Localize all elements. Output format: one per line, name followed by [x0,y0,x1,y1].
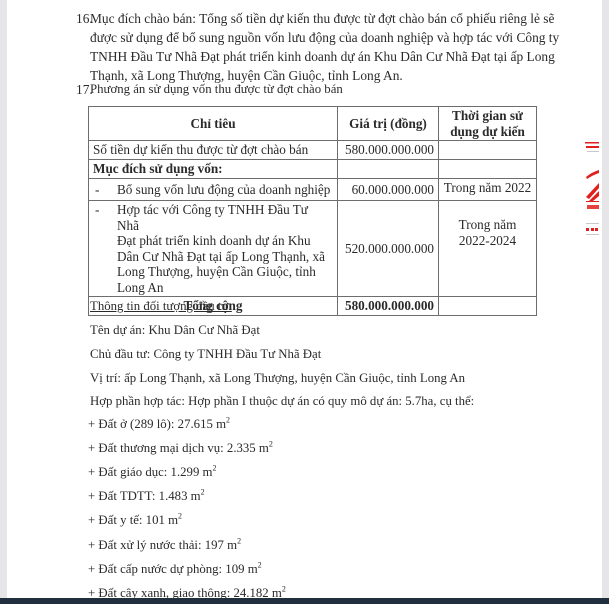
row-expected-label: Số tiền dự kiến thu được từ đợt chào bán [89,141,338,160]
land-item: + Đất giáo dục: 1.299 m2 [88,463,217,482]
row-purpose-label: Mục đích sử dụng vốn: [89,160,338,179]
land-item-unit-exponent: 2 [237,536,241,545]
header-time-line-1: Thời gian sử [443,108,532,124]
row-working-capital-label: Bổ sung vốn lưu động của doanh nghiệp [117,182,330,198]
table-row: - Hợp tác với Công ty TNHH Đầu Tư Nhã Đạ… [89,201,537,297]
land-item-text: + Đất giáo dục: 1.299 m [88,465,213,479]
row-purpose-value [338,160,439,179]
table-row: Số tiền dự kiến thu được từ đợt chào bán… [89,141,537,160]
row-cooperation-time-line-2: 2022-2024 [443,233,532,249]
location: Vị trí: ấp Long Thạnh, xã Long Thượng, h… [90,369,465,388]
brand-logo-icon [583,135,599,245]
row-working-capital: - Bổ sung vốn lưu động của doanh nghiệp [89,179,338,201]
land-item: + Đất cấp nước dự phòng: 109 m2 [88,560,262,579]
land-item: + Đất y tế: 101 m2 [88,511,182,530]
land-item: + Đất xử lý nước thải: 197 m2 [88,536,241,555]
land-item-text: + Đất TDTT: 1.483 m [88,489,201,503]
land-item: + Đất TDTT: 1.483 m2 [88,487,205,506]
row-total-time [439,297,537,316]
land-item-text: + Đất xử lý nước thải: 197 m [88,538,237,552]
header-criteria: Chỉ tiêu [89,107,338,141]
row-cooperation-line-5: Long An [117,280,333,296]
land-item-text: + Đất thương mại dịch vụ: 2.335 m [88,441,269,455]
table-row: - Bổ sung vốn lưu động của doanh nghiệp … [89,179,537,201]
project-name: Tên dự án: Khu Dân Cư Nhã Đạt [90,321,260,340]
capital-usage-table: Chỉ tiêu Giá trị (đồng) Thời gian sử dụn… [88,106,537,316]
land-item-unit-exponent: 2 [201,488,205,497]
land-item-unit-exponent: 2 [258,560,262,569]
land-item-text: + Đất cấp nước dự phòng: 109 m [88,562,258,576]
bottom-bar [0,598,609,604]
land-item-text: + Đất ở (289 lô): 27.615 m [88,417,226,431]
land-item: + Đất ở (289 lô): 27.615 m2 [88,415,230,434]
row-purpose-time [439,160,537,179]
land-item-text: + Đất y tế: 101 m [88,513,178,527]
bullet-dash: - [93,202,117,295]
row-cooperation-time-line-1: Trong năm [443,217,532,233]
component: Hợp phần hợp tác: Hợp phần I thuộc dự án… [90,392,474,411]
land-item-unit-exponent: 2 [213,464,217,473]
investment-info-heading: Thông tin đối tượng đầu tư: [90,297,232,316]
header-time: Thời gian sử dụng dự kiến [439,107,537,141]
row-cooperation: - Hợp tác với Công ty TNHH Đầu Tư Nhã Đạ… [89,201,338,297]
section-17-title: Phương án sử dụng vốn thu được từ đợt ch… [90,80,343,99]
table-row: Mục đích sử dụng vốn: [89,160,537,179]
row-working-capital-value: 60.000.000.000 [338,179,439,201]
header-time-line-2: dụng dự kiến [443,124,532,140]
row-working-capital-time: Trong năm 2022 [439,179,537,201]
bullet-dash: - [93,182,117,198]
land-item-unit-exponent: 2 [178,512,182,521]
land-item-unit-exponent: 2 [269,440,273,449]
row-cooperation-value: 520.000.000.000 [338,201,439,297]
section-16-line-2: được sử dụng để bổ sung nguồn vốn lưu độ… [90,28,559,47]
row-expected-value: 580.000.000.000 [338,141,439,160]
land-item-unit-exponent: 2 [226,416,230,425]
table-header-row: Chỉ tiêu Giá trị (đồng) Thời gian sử dụn… [89,107,537,141]
row-total-value: 580.000.000.000 [338,297,439,316]
land-item-unit-exponent: 2 [282,584,286,593]
row-expected-time [439,141,537,160]
row-cooperation-line-3: Dân Cư Nhã Đạt tại ấp Long Thạnh, xã [117,249,333,265]
land-item: + Đất thương mại dịch vụ: 2.335 m2 [88,439,273,458]
row-cooperation-line-4: Long Thượng, huyện Cần Giuộc, tỉnh [117,264,333,280]
section-16-line-1: Mục đích chào bán: Tổng số tiền dự kiến … [90,9,554,28]
section-16-line-3: TNHH Đầu Tư Nhã Đạt phát triển kinh doan… [90,47,555,66]
row-cooperation-time: Trong năm 2022-2024 [439,201,537,297]
header-value: Giá trị (đồng) [338,107,439,141]
row-cooperation-line-1: Hợp tác với Công ty TNHH Đầu Tư Nhã [117,202,333,233]
investor: Chủ đầu tư: Công ty TNHH Đầu Tư Nhã Đạt [90,345,321,364]
row-cooperation-line-2: Đạt phát triển kinh doanh dự án Khu [117,233,333,249]
